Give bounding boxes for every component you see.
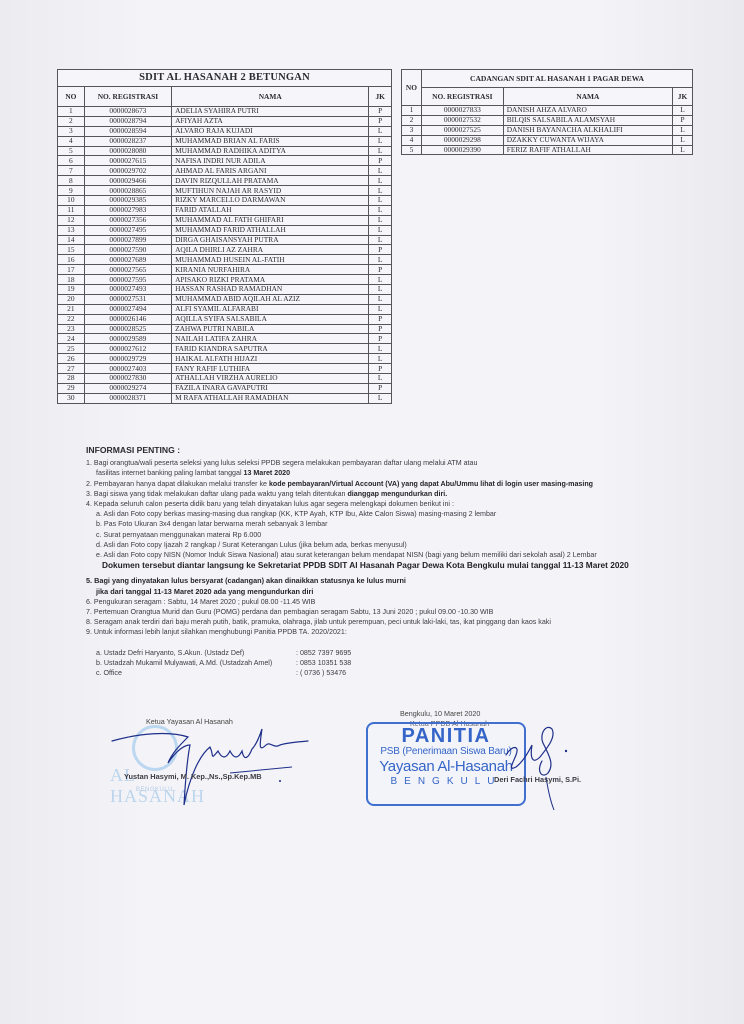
cell-registration-number: 0000029589 <box>84 334 171 344</box>
cell-gender: L <box>369 255 392 265</box>
cell-student-name: DAVIN RIZQULLAH PRATAMA <box>172 176 369 186</box>
contact-name: b. Ustadzah Mukamil Mulyawati, A.Md. (Us… <box>96 658 296 668</box>
table-row: 20000028794AFIYAH AZTAP <box>58 116 392 126</box>
cell-gender: L <box>369 196 392 206</box>
table-row: 300000028371M RAFA ATHALLAH RAMADHANL <box>58 393 392 403</box>
table-row: 260000029729HAIKAL ALFATH HIJAZIL <box>58 354 392 364</box>
cell-gender: P <box>369 265 392 275</box>
table-row: 160000027689MUHAMMAD HUSEIN AL-FATIHL <box>58 255 392 265</box>
committee-chair-signature-block: Bengkulu, 10 Maret 2020 Ketua PPDB Al Ha… <box>360 705 620 815</box>
cell-no: 5 <box>402 145 422 155</box>
info-item-4c: c. Surat pernyataan menggunakan materai … <box>86 530 686 540</box>
cell-no: 1 <box>402 106 422 116</box>
cell-no: 23 <box>58 324 85 334</box>
cell-gender: P <box>369 383 392 393</box>
cell-student-name: FARID KIANDRA SAPUTRA <box>172 344 369 354</box>
cell-gender: L <box>369 374 392 384</box>
cell-student-name: MUHAMMAD AL FATH GHIFARI <box>172 215 369 225</box>
cell-student-name: ATHALLAH VIRZHA AURELIO <box>172 374 369 384</box>
table-row: 210000027494ALFI SYAMIL ALFARABIL <box>58 304 392 314</box>
cell-no: 15 <box>58 245 85 255</box>
cell-student-name: MUHAMMAD RADHIKA ADITYA <box>172 146 369 156</box>
signatory-name: Yustan Hasymi, M. Kep.,Ns.,Sp.Kep.MB <box>124 772 262 781</box>
cell-registration-number: 0000027531 <box>84 294 171 304</box>
col-header-no: NO <box>58 87 85 107</box>
cell-gender: L <box>369 176 392 186</box>
col-header-jk: JK <box>673 88 693 106</box>
cell-gender: L <box>369 235 392 245</box>
cell-registration-number: 0000026146 <box>84 314 171 324</box>
contact-phone: : 0852 7397 9695 <box>296 648 351 658</box>
info-item-2: 2. Pembayaran hanya dapat dilakukan mela… <box>86 479 686 489</box>
table-body: 10000028673ADELIA SYAHIRA PUTRIP20000028… <box>58 107 392 404</box>
cell-gender: L <box>673 145 693 155</box>
cell-gender: L <box>673 135 693 145</box>
cell-registration-number: 0000028794 <box>84 116 171 126</box>
cell-registration-number: 0000029466 <box>84 176 171 186</box>
cell-student-name: AQILLA SYIFA SALSABILA <box>172 314 369 324</box>
cell-no: 7 <box>58 166 85 176</box>
cell-no: 17 <box>58 265 85 275</box>
cell-student-name: NAILAH LATIFA ZAHRA <box>172 334 369 344</box>
table-row: 110000027983FARID ATALLAHL <box>58 205 392 215</box>
info-item-9: 9. Untuk informasi lebih lanjut silahkan… <box>86 627 686 637</box>
cell-no: 10 <box>58 196 85 206</box>
table-row: 60000027615NAFISA INDRI NUR ADILAP <box>58 156 392 166</box>
cell-registration-number: 0000027590 <box>84 245 171 255</box>
cell-student-name: MUFTIHUN NAJAH AR RASYID <box>172 186 369 196</box>
cell-gender: P <box>369 314 392 324</box>
cell-student-name: KIRANIA NURFAHIRA <box>172 265 369 275</box>
cell-no: 8 <box>58 176 85 186</box>
cell-registration-number: 0000029702 <box>84 166 171 176</box>
cell-gender: L <box>369 215 392 225</box>
info-item-4a: a. Asli dan Foto copy berkas masing-masi… <box>86 509 686 519</box>
cell-student-name: HAIKAL ALFATH HIJAZI <box>172 354 369 364</box>
contact-name: c. Office <box>96 668 296 678</box>
cell-registration-number: 0000027532 <box>421 115 503 125</box>
contact-list: a. Ustadz Defri Haryanto, S.Akun. (Ustad… <box>86 648 686 679</box>
info-text: 1. Bagi orangtua/wali peserta seleksi ya… <box>86 459 477 467</box>
cell-gender: L <box>369 344 392 354</box>
cell-student-name: RIZKY MARCELLO DARMAWAN <box>172 196 369 206</box>
cell-no: 2 <box>402 115 422 125</box>
cell-gender: P <box>369 364 392 374</box>
cell-student-name: MUHAMMAD BRIAN AL FARIS <box>172 136 369 146</box>
cell-registration-number: 0000028080 <box>84 146 171 156</box>
table-row: 80000029466DAVIN RIZQULLAH PRATAMAL <box>58 176 392 186</box>
info-item-7: 7. Pertemuan Orangtua Murid dan Guru (PO… <box>86 607 686 617</box>
table-row: 280000027830ATHALLAH VIRZHA AURELIOL <box>58 374 392 384</box>
cell-registration-number: 0000027565 <box>84 265 171 275</box>
cell-no: 22 <box>58 314 85 324</box>
cell-student-name: DZAKKY CUWANTA WIJAYA <box>503 135 672 145</box>
cell-student-name: FANY RAFIF LUTHIFA <box>172 364 369 374</box>
cell-no: 26 <box>58 354 85 364</box>
cell-no: 20 <box>58 294 85 304</box>
cell-student-name: FARID ATALLAH <box>172 205 369 215</box>
contact-phone: : ( 0736 ) 53476 <box>296 668 346 678</box>
cell-student-name: ALVARO RAJA KUJADI <box>172 126 369 136</box>
cell-registration-number: 0000029298 <box>421 135 503 145</box>
cell-student-name: MUHAMMAD ABID AQILAH AL AZIZ <box>172 294 369 304</box>
cell-no: 25 <box>58 344 85 354</box>
cell-registration-number: 0000027615 <box>84 156 171 166</box>
handwritten-signature-icon <box>360 705 620 815</box>
info-heading: INFORMASI PENTING : <box>86 445 686 455</box>
cell-registration-number: 0000027830 <box>84 374 171 384</box>
cell-no: 3 <box>402 125 422 135</box>
cell-gender: L <box>369 225 392 235</box>
cell-gender: P <box>673 115 693 125</box>
table-row: 40000028237MUHAMMAD BRIAN AL FARISL <box>58 136 392 146</box>
cell-no: 4 <box>58 136 85 146</box>
cell-registration-number: 0000027525 <box>421 125 503 135</box>
info-text: 3. Bagi siswa yang tidak melakukan dafta… <box>86 490 347 498</box>
table-row: 10000027833DANISH AHZA ALVAROL <box>402 106 693 116</box>
table-row: 290000029274FAZILA INARA GAVAPUTRIP <box>58 383 392 393</box>
handwritten-signature-icon <box>110 715 340 815</box>
col-header-jk: JK <box>369 87 392 107</box>
cell-registration-number: 0000029390 <box>421 145 503 155</box>
info-item-1: 1. Bagi orangtua/wali peserta seleksi ya… <box>86 458 686 468</box>
cell-no: 3 <box>58 126 85 136</box>
cell-registration-number: 0000027899 <box>84 235 171 245</box>
cell-no: 13 <box>58 225 85 235</box>
cell-no: 16 <box>58 255 85 265</box>
info-item-3: 3. Bagi siswa yang tidak melakukan dafta… <box>86 489 686 499</box>
table-row: 220000026146AQILLA SYIFA SALSABILAP <box>58 314 392 324</box>
table-row: 100000029385RIZKY MARCELLO DARMAWANL <box>58 196 392 206</box>
cell-gender: L <box>369 146 392 156</box>
table-body: 10000027833DANISH AHZA ALVAROL2000002753… <box>402 106 693 155</box>
cell-student-name: AQILA DHIRLI AZ ZAHRA <box>172 245 369 255</box>
cell-gender: L <box>673 125 693 135</box>
table-row: 270000027403FANY RAFIF LUTHIFAP <box>58 364 392 374</box>
table-title: SDIT AL HASANAH 2 BETUNGAN <box>58 70 392 87</box>
table-row: 40000029298DZAKKY CUWANTA WIJAYAL <box>402 135 693 145</box>
cell-no: 30 <box>58 393 85 403</box>
cell-registration-number: 0000027403 <box>84 364 171 374</box>
reserve-students-table: NO CADANGAN SDIT AL HASANAH 1 PAGAR DEWA… <box>401 69 693 155</box>
cell-gender: L <box>369 393 392 403</box>
cell-registration-number: 0000029729 <box>84 354 171 364</box>
table-row: 10000028673ADELIA SYAHIRA PUTRIP <box>58 107 392 117</box>
deadline-date: 13 Maret 2020 <box>244 469 291 477</box>
cell-student-name: FAZILA INARA GAVAPUTRI <box>172 383 369 393</box>
cell-registration-number: 0000027833 <box>421 106 503 116</box>
info-item-4d: d. Asli dan Foto copy Ijazah 2 rangkap /… <box>86 540 686 550</box>
cell-student-name: DANISH BAYANACHA ALKHALIFI <box>503 125 672 135</box>
col-header-registrasi: NO. REGISTRASI <box>421 88 503 106</box>
cell-student-name: DIRGA GHAISANSYAH PUTRA <box>172 235 369 245</box>
accepted-students-table: SDIT AL HASANAH 2 BETUNGAN NO NO. REGIST… <box>57 69 392 404</box>
table-row: 200000027531MUHAMMAD ABID AQILAH AL AZIZ… <box>58 294 392 304</box>
cell-no: 9 <box>58 186 85 196</box>
signatory-name: Deri Fachri Hasymi, S.Pi. <box>494 775 581 784</box>
cell-no: 1 <box>58 107 85 117</box>
info-emphasis: kode pembayaran/Virtual Account (VA) yan… <box>269 480 593 488</box>
cell-student-name: MUHAMMAD FARID ATHALLAH <box>172 225 369 235</box>
info-item-4e: e. Asli dan Foto copy NISN (Nomor Induk … <box>86 550 686 560</box>
cell-gender: L <box>369 205 392 215</box>
table-row: 130000027495MUHAMMAD FARID ATHALLAHL <box>58 225 392 235</box>
cell-registration-number: 0000029385 <box>84 196 171 206</box>
cell-registration-number: 0000028673 <box>84 107 171 117</box>
cell-student-name: ZAHWA PUTRI NABILA <box>172 324 369 334</box>
cell-registration-number: 0000027493 <box>84 285 171 295</box>
table-row: 30000028594ALVARO RAJA KUJADIL <box>58 126 392 136</box>
cell-student-name: APISAKO RIZKI PRATAMA <box>172 275 369 285</box>
cell-student-name: NAFISA INDRI NUR ADILA <box>172 156 369 166</box>
info-item-5-cont: jika dari tanggal 11-13 Maret 2020 ada y… <box>86 587 686 597</box>
cell-gender: L <box>369 304 392 314</box>
cell-no: 12 <box>58 215 85 225</box>
contact-name: a. Ustadz Defri Haryanto, S.Akun. (Ustad… <box>96 648 296 658</box>
table-row: 230000028525ZAHWA PUTRI NABILAP <box>58 324 392 334</box>
info-item-5: 5. Bagi yang dinyatakan lulus bersyarat … <box>86 576 686 586</box>
cell-no: 2 <box>58 116 85 126</box>
table-row: 50000029390FERIZ RAFIF ATHALLAHL <box>402 145 693 155</box>
table-row: 20000027532BILQIS SALSABILA ALAMSYAHP <box>402 115 693 125</box>
foundation-chair-signature-block: AL HASANAH BENGKULU Ketua Yayasan Al Has… <box>110 715 340 815</box>
cell-no: 21 <box>58 304 85 314</box>
table-row: 170000027565KIRANIA NURFAHIRAP <box>58 265 392 275</box>
info-item-1-cont: fasilitas internet banking paling lambat… <box>86 468 686 478</box>
cell-no: 29 <box>58 383 85 393</box>
cell-registration-number: 0000028594 <box>84 126 171 136</box>
cell-no: 24 <box>58 334 85 344</box>
cell-student-name: HASSAN RASHAD RAMADHAN <box>172 285 369 295</box>
cell-no: 19 <box>58 285 85 295</box>
cell-gender: L <box>369 186 392 196</box>
cell-registration-number: 0000027612 <box>84 344 171 354</box>
cell-registration-number: 0000028237 <box>84 136 171 146</box>
cell-student-name: M RAFA ATHALLAH RAMADHAN <box>172 393 369 403</box>
cell-student-name: AFIYAH AZTA <box>172 116 369 126</box>
cell-registration-number: 0000028525 <box>84 324 171 334</box>
table-row: 120000027356MUHAMMAD AL FATH GHIFARIL <box>58 215 392 225</box>
contact-phone: : 0853 10351 538 <box>296 658 351 668</box>
table-row: 140000027899DIRGA GHAISANSYAH PUTRAL <box>58 235 392 245</box>
cell-gender: L <box>673 106 693 116</box>
cell-gender: P <box>369 334 392 344</box>
info-item-6: 6. Pengukuran seragam : Sabtu, 14 Maret … <box>86 597 686 607</box>
cell-gender: L <box>369 285 392 295</box>
table-row: 30000027525DANISH BAYANACHA ALKHALIFIL <box>402 125 693 135</box>
cell-registration-number: 0000027689 <box>84 255 171 265</box>
info-document-note: Dokumen tersebut diantar langsung ke Sek… <box>86 560 686 570</box>
table-row: 180000027595APISAKO RIZKI PRATAMAL <box>58 275 392 285</box>
cell-no: 18 <box>58 275 85 285</box>
info-item-4b: b. Pas Foto Ukuran 3x4 dengan latar berw… <box>86 519 686 529</box>
cell-gender: L <box>369 136 392 146</box>
cell-gender: P <box>369 324 392 334</box>
info-item-8: 8. Seragam anak terdiri dari baju merah … <box>86 617 686 627</box>
table-row: 50000028080MUHAMMAD RADHIKA ADITYAL <box>58 146 392 156</box>
cell-gender: L <box>369 166 392 176</box>
info-item-4: 4. Kepada seluruh calon peserta didik ba… <box>86 499 686 509</box>
table-row: 190000027493HASSAN RASHAD RAMADHANL <box>58 285 392 295</box>
cell-no: 6 <box>58 156 85 166</box>
table-row: 240000029589NAILAH LATIFA ZAHRAP <box>58 334 392 344</box>
cell-student-name: BILQIS SALSABILA ALAMSYAH <box>503 115 672 125</box>
cell-student-name: ADELIA SYAHIRA PUTRI <box>172 107 369 117</box>
table-row: 150000027590AQILA DHIRLI AZ ZAHRAP <box>58 245 392 255</box>
table-title: CADANGAN SDIT AL HASANAH 1 PAGAR DEWA <box>421 70 692 88</box>
cell-registration-number: 0000027356 <box>84 215 171 225</box>
col-header-nama: NAMA <box>503 88 672 106</box>
cell-registration-number: 0000028371 <box>84 393 171 403</box>
cell-gender: L <box>369 275 392 285</box>
cell-registration-number: 0000028865 <box>84 186 171 196</box>
cell-gender: P <box>369 156 392 166</box>
cell-gender: L <box>369 126 392 136</box>
contact-row: b. Ustadzah Mukamil Mulyawati, A.Md. (Us… <box>96 658 686 668</box>
cell-registration-number: 0000027595 <box>84 275 171 285</box>
cell-gender: L <box>369 354 392 364</box>
cell-gender: P <box>369 107 392 117</box>
info-text: fasilitas internet banking paling lambat… <box>96 469 244 477</box>
contact-row: c. Office: ( 0736 ) 53476 <box>96 668 686 678</box>
info-emphasis: dianggap mengundurkan diri. <box>347 490 447 498</box>
cell-registration-number: 0000027983 <box>84 205 171 215</box>
cell-gender: L <box>369 294 392 304</box>
cell-student-name: AHMAD AL FARIS ARGANI <box>172 166 369 176</box>
cell-student-name: ALFI SYAMIL ALFARABI <box>172 304 369 314</box>
table-row: 90000028865MUFTIHUN NAJAH AR RASYIDL <box>58 186 392 196</box>
cell-no: 14 <box>58 235 85 245</box>
col-header-registrasi: NO. REGISTRASI <box>84 87 171 107</box>
info-text: 2. Pembayaran hanya dapat dilakukan mela… <box>86 480 269 488</box>
table-row: 70000029702AHMAD AL FARIS ARGANIL <box>58 166 392 176</box>
table-row: 250000027612FARID KIANDRA SAPUTRAL <box>58 344 392 354</box>
cell-no: 4 <box>402 135 422 145</box>
cell-student-name: DANISH AHZA ALVARO <box>503 106 672 116</box>
cell-registration-number: 0000027494 <box>84 304 171 314</box>
cell-registration-number: 0000029274 <box>84 383 171 393</box>
cell-gender: P <box>369 245 392 255</box>
cell-registration-number: 0000027495 <box>84 225 171 235</box>
cell-gender: P <box>369 116 392 126</box>
cell-no: 28 <box>58 374 85 384</box>
contact-row: a. Ustadz Defri Haryanto, S.Akun. (Ustad… <box>96 648 686 658</box>
cell-no: 27 <box>58 364 85 374</box>
col-header-nama: NAMA <box>172 87 369 107</box>
cell-no: 11 <box>58 205 85 215</box>
col-header-no: NO <box>402 70 422 106</box>
cell-student-name: MUHAMMAD HUSEIN AL-FATIH <box>172 255 369 265</box>
cell-no: 5 <box>58 146 85 156</box>
cell-student-name: FERIZ RAFIF ATHALLAH <box>503 145 672 155</box>
important-info-section: INFORMASI PENTING : 1. Bagi orangtua/wal… <box>86 445 686 678</box>
